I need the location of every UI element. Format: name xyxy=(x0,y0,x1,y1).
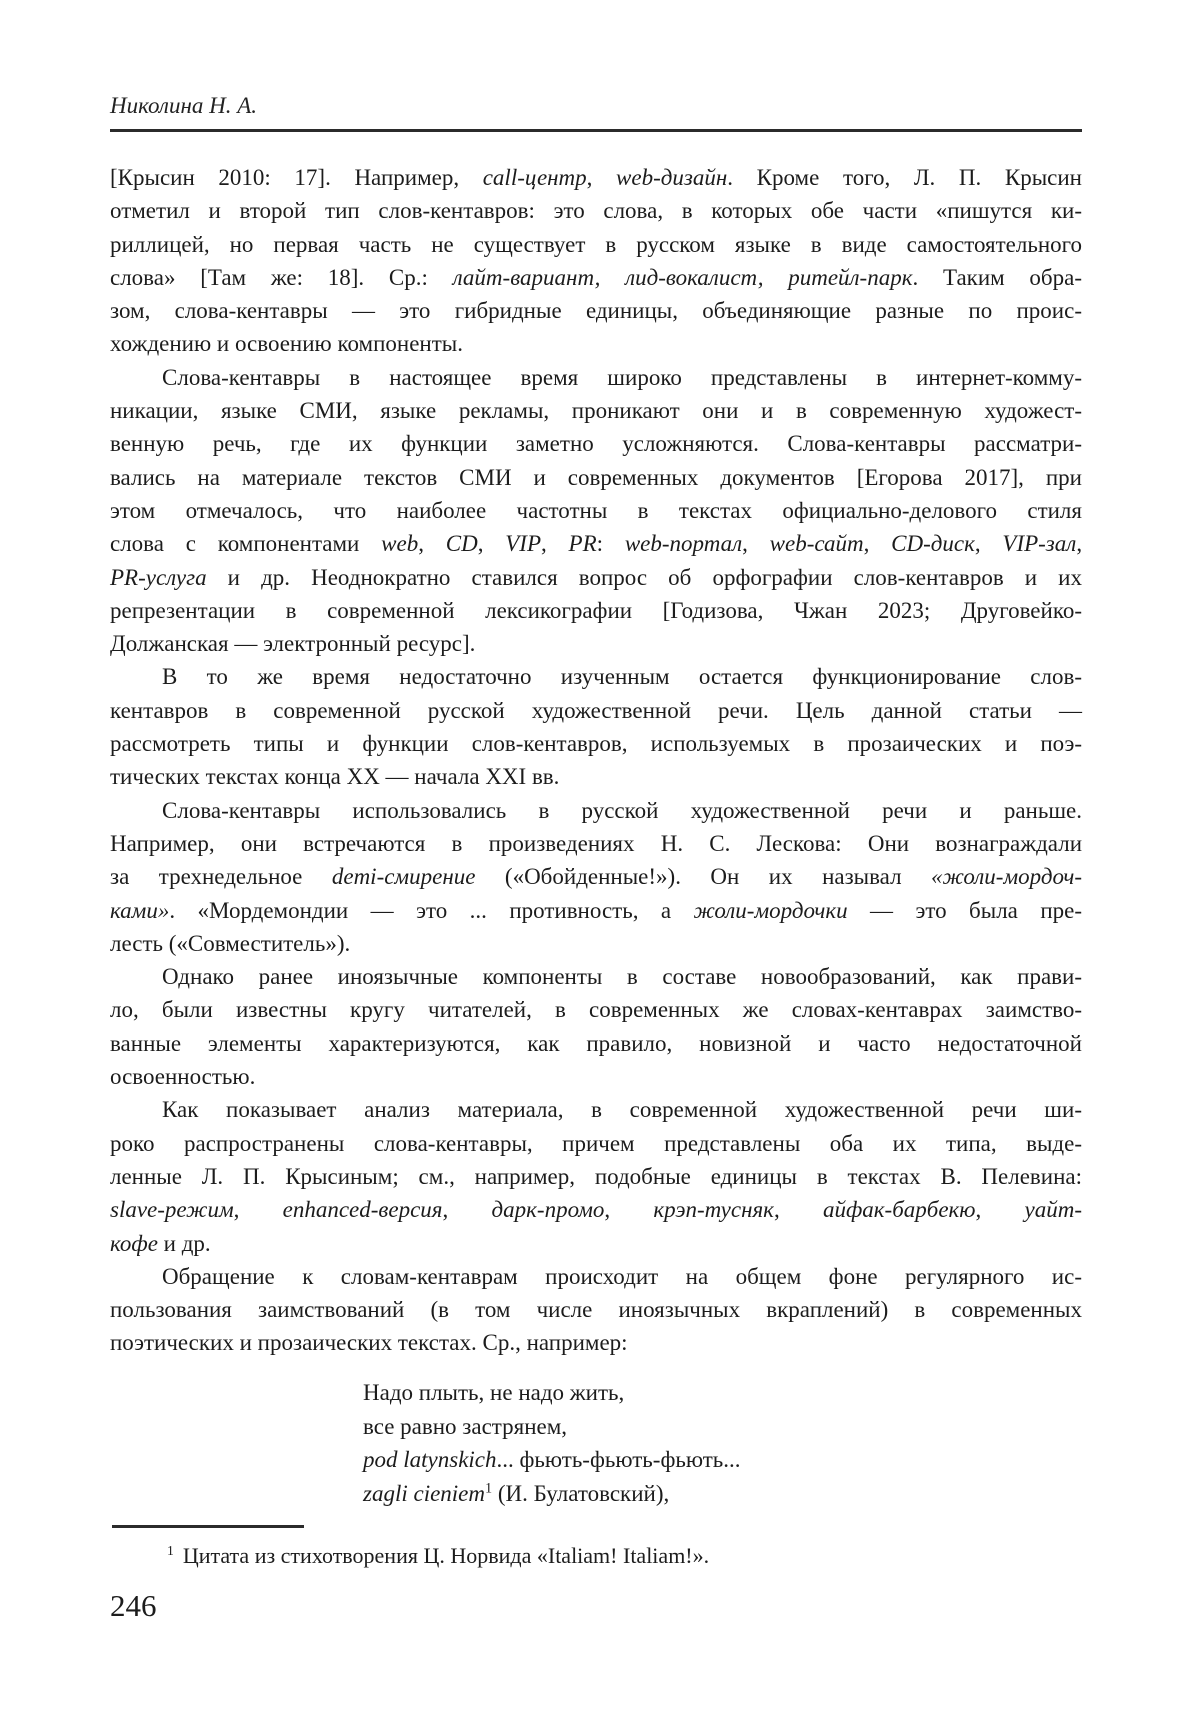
text-line: этом отмечалось, что наиболее частотны в… xyxy=(110,494,1082,527)
verse-block: Надо плыть, не надо жить,все равно застр… xyxy=(363,1376,741,1510)
verse-line: все равно застрянем, xyxy=(363,1410,741,1444)
text-line: роко распространены слова-кентавры, прич… xyxy=(110,1127,1082,1160)
text-line: ленные Л. П. Крысиным; см., например, по… xyxy=(110,1160,1082,1193)
text-line: тических текстах конца XX — начала XXI в… xyxy=(110,760,1082,793)
text-line: рассмотреть типы и функции слов-кентавро… xyxy=(110,727,1082,760)
text-line: ло, были известны кругу читателей, в сов… xyxy=(110,993,1082,1026)
verse-line: pod latynskich... фьють-фьють-фьють... xyxy=(363,1443,741,1477)
page-number: 246 xyxy=(110,1588,157,1624)
text-line: ками». «Мордемондии — это ... противност… xyxy=(110,894,1082,927)
text-line: кофе и др. xyxy=(110,1227,1082,1260)
text-line: слова» [Там же: 18]. Ср.: лайт-вариант, … xyxy=(110,261,1082,294)
text-line: Например, они встречаются в произведения… xyxy=(110,827,1082,860)
text-line: Обращение к словам-кентаврам происходит … xyxy=(110,1260,1082,1293)
footnote-separator xyxy=(112,1525,304,1528)
text-line: отметил и второй тип слов-кентавров: это… xyxy=(110,194,1082,227)
text-line: slave-режим, enhanced-версия, дарк-промо… xyxy=(110,1193,1082,1226)
text-line: [Крысин 2010: 17]. Например, call-центр,… xyxy=(110,161,1082,194)
document-page: Николина Н. А. [Крысин 2010: 17]. Наприм… xyxy=(0,0,1200,1710)
text-line: Как показывает анализ материала, в совре… xyxy=(110,1093,1082,1126)
text-line: вались на материале текстов СМИ и соврем… xyxy=(110,461,1082,494)
text-line: кентавров в современной русской художест… xyxy=(110,694,1082,727)
text-line: освоенностью. xyxy=(110,1060,1082,1093)
author-name: Николина Н. А. xyxy=(110,93,257,118)
verse-line: zagli cieniem1 (И. Булатовский), xyxy=(363,1477,741,1511)
article-body: [Крысин 2010: 17]. Например, call-центр,… xyxy=(110,161,1082,1360)
footnote-marker: 1 xyxy=(167,1543,174,1558)
text-line: лесть («Совместитель»). xyxy=(110,927,1082,960)
text-line: PR-услуга и др. Неоднократно ставился во… xyxy=(110,561,1082,594)
text-line: никации, языке СМИ, языке рекламы, прони… xyxy=(110,394,1082,427)
text-line: Должанская — электронный ресурс]. xyxy=(110,627,1082,660)
text-line: хождению и освоению компоненты. xyxy=(110,327,1082,360)
text-line: пользования заимствований (в том числе и… xyxy=(110,1293,1082,1326)
text-line: Слова-кентавры в настоящее время широко … xyxy=(110,361,1082,394)
text-line: В то же время недостаточно изученным ост… xyxy=(110,660,1082,693)
text-line: репрезентации в современной лексикографи… xyxy=(110,594,1082,627)
running-header: Николина Н. А. xyxy=(110,93,1082,119)
text-line: слова с компонентами web, CD, VIP, PR: w… xyxy=(110,527,1082,560)
verse-line: Надо плыть, не надо жить, xyxy=(363,1376,741,1410)
text-line: поэтических и прозаических текстах. Ср.,… xyxy=(110,1326,1082,1359)
footnote-text: Цитата из стихотворения Ц. Норвида «Ital… xyxy=(183,1543,709,1568)
text-line: венную речь, где их функции заметно усло… xyxy=(110,427,1082,460)
text-line: Однако ранее иноязычные компоненты в сос… xyxy=(110,960,1082,993)
text-line: зом, слова-кентавры — это гибридные един… xyxy=(110,294,1082,327)
text-line: за трехнедельное demi-смирение («Обойден… xyxy=(110,860,1082,893)
footnote: 1Цитата из стихотворения Ц. Норвида «Ita… xyxy=(110,1541,1082,1571)
text-line: риллицей, но первая часть не существует … xyxy=(110,228,1082,261)
header-rule xyxy=(110,129,1082,132)
text-line: Слова-кентавры использовались в русской … xyxy=(110,794,1082,827)
text-line: ванные элементы характеризуются, как пра… xyxy=(110,1027,1082,1060)
